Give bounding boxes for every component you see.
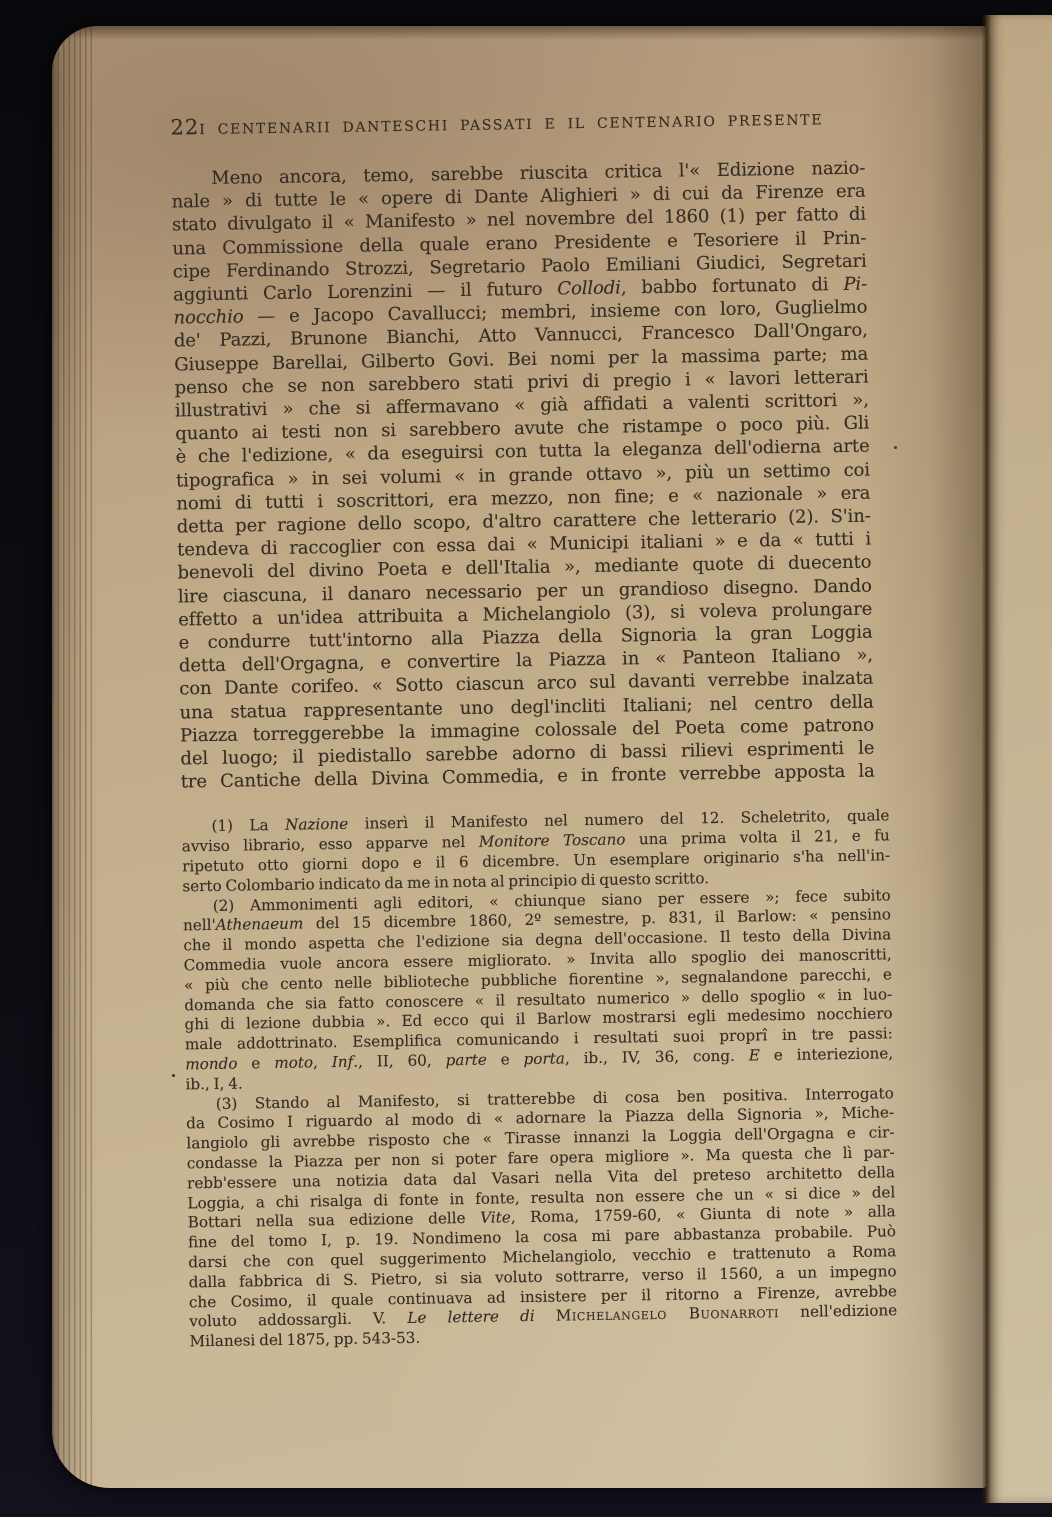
main-text-paragraph: Meno ancora, temo, sarebbe riuscita crit…: [171, 157, 875, 794]
scan-specks: [52, 26, 55, 29]
page-content: 22 I CENTENARII DANTESCHI PASSATI E IL C…: [170, 105, 883, 1353]
footnote-3: (3) Stando al Manifesto, si tratterebbe …: [186, 1084, 898, 1352]
facing-page-edge: [986, 15, 1052, 1503]
page-edge-stack-top: [52, 26, 990, 40]
running-header: I CENTENARII DANTESCHI PASSATI E IL CENT…: [199, 112, 869, 139]
running-header-row: 22 I CENTENARII DANTESCHI PASSATI E IL C…: [170, 105, 864, 144]
page-number: 22: [170, 115, 199, 139]
gutter-shadow: [860, 26, 990, 1488]
footnotes-block: (1) La Nazione inserì il Manifesto nel n…: [181, 807, 897, 1353]
footnote-1: (1) La Nazione inserì il Manifesto nel n…: [181, 807, 890, 897]
footnote-2: (2) Ammonimenti agli editori, « chiunque…: [183, 886, 894, 1095]
book-page: 22 I CENTENARII DANTESCHI PASSATI E IL C…: [52, 26, 990, 1488]
gutter-crease: [982, 15, 990, 1503]
page-edge-stack-left: [52, 26, 96, 1488]
